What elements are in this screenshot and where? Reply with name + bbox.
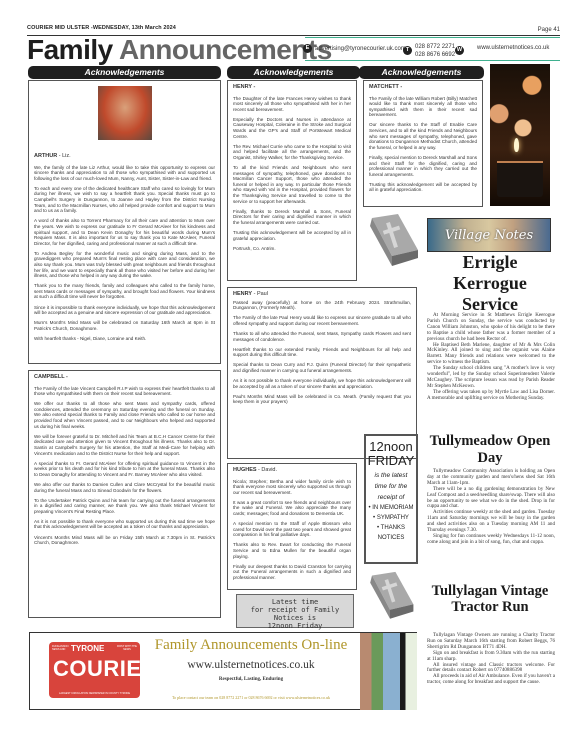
notice-paragraph: Portrush, Co. Antrim.: [233, 246, 351, 252]
notice-paragraph: Our sincere thanks to the Staff of Enabl…: [369, 122, 477, 150]
notice-paragraph: Finally our deepest thanks to David Cran…: [233, 564, 351, 581]
candle-flame: [514, 138, 519, 152]
deadline-notice: 12noon FRIDAY is the latest time for the…: [364, 434, 418, 564]
notice-henry-frances: HENRY - The Daughter of the late Frances…: [227, 80, 357, 281]
headline-tullylagan: Tullylagan Vintage Tractor Run: [424, 583, 556, 615]
notice-paragraph: A word of thanks also to Torrent Pharmac…: [34, 218, 215, 246]
notice-paragraph: A special mention to the Staff of Apple …: [233, 521, 351, 538]
notice-arthur: ARTHUR - Liz. We, the family of the late…: [28, 80, 221, 364]
title-announcements: Announcements: [119, 34, 332, 65]
notice-paragraph: A special thanks to Fr. Gerard McAleer f…: [34, 461, 215, 478]
notice-paragraph: It was a great comfort to see friends an…: [233, 500, 351, 517]
notice-paragraph: Vincent's Months Mind Mass will be on Fr…: [34, 535, 215, 546]
notice-paragraph: Passed away (peacefully) at home on the …: [233, 300, 411, 311]
notice-name: HENRY: [233, 84, 252, 90]
website-link[interactable]: www.ulsternetnotices.co.uk: [477, 45, 549, 51]
notice-paragraph: To all the kind Friends and Neighbours w…: [233, 165, 351, 204]
article-tullymeadow: Tullymeadow Community Association is hol…: [427, 469, 555, 546]
banner-contact: To place contact our team on 028 8772 22…: [142, 695, 360, 700]
notice-paragraph: As it is not possible to thank everyone …: [34, 519, 215, 530]
online-notices-banner-ad[interactable]: DUNGANNON NEWS AND TYRONE FIRST WITH THE…: [29, 632, 417, 710]
notice-paragraph: The Family of the late Paul Henry would …: [233, 315, 411, 326]
title-family: Family: [27, 34, 113, 65]
article-errigle: At Morning Service in St Matthews Errigl…: [427, 313, 555, 402]
notice-paragraph: We will be forever grateful to Dr. Mitch…: [34, 434, 215, 456]
notice-matchett: MATCHETT - The Family of the late Willia…: [363, 80, 483, 207]
notice-paragraph: Since it is impossible to thank everyone…: [34, 305, 215, 316]
notice-paragraph: The Family of the late William Robert (B…: [369, 96, 477, 118]
article-tullylagan: Tullylagan Vintage Owners are running a …: [427, 633, 555, 686]
notice-name: MATCHETT: [369, 84, 399, 90]
notice-name: CAMPBELL: [34, 374, 64, 380]
banner-photo-strip: [360, 633, 417, 710]
notice-paragraph: We, the family of the late Liz Arthur, w…: [34, 165, 215, 182]
section-header-acknowledgements-3: Acknowledgements: [359, 66, 484, 79]
notice-paragraph: Special thanks to Dean Curry and P.J. Qu…: [233, 362, 411, 373]
email-contact[interactable]: E advertising@tyronecourier.uk.com: [303, 44, 406, 53]
portrait-photo: [98, 86, 152, 140]
contact-rule-top: [305, 37, 560, 38]
headline-errigle: Errigle Kerrogue Service: [424, 252, 556, 315]
notice-name: HENRY: [233, 291, 252, 297]
banner-url[interactable]: www.ulsternetnotices.co.uk: [146, 659, 356, 671]
bible-icon: [363, 570, 417, 626]
notice-campbell: CAMPBELL - The Family of the late Vincen…: [28, 370, 221, 618]
notice-paragraph: With heartfelt thanks - Nigel, Diane, Lo…: [34, 336, 215, 342]
notice-paragraph: Finally, special mention to Dereck Marsh…: [369, 155, 477, 177]
latest-time-notice: Latest time for receipt of Family Notice…: [236, 594, 354, 628]
notice-paragraph: As it is not possible to thank everyone …: [233, 378, 411, 389]
candle-holder: [497, 161, 543, 198]
notice-paragraph: Finally, thanks to Dereck Marshall & Son…: [233, 209, 351, 226]
notice-paragraph: To the Undertaker Patrick Quinn and his …: [34, 498, 215, 515]
notice-name: HUGHES: [233, 467, 257, 473]
notice-paragraph: We offer our thanks to all those who sen…: [34, 401, 215, 429]
tyrone-courier-logo: DUNGANNON NEWS AND TYRONE FIRST WITH THE…: [49, 642, 140, 698]
contact-rule-bottom: [305, 60, 560, 61]
notice-paragraph: Heartfelt thanks to our extended Family,…: [233, 347, 411, 358]
notice-paragraph: The Rev. Michael Currie who came to the …: [233, 144, 351, 161]
candle-image: [490, 64, 550, 206]
notice-paragraph: Mum's Month's Mind Mass will be celebrat…: [34, 320, 215, 331]
headline-tullymeadow: Tullymeadow Open Day: [424, 433, 556, 467]
phone-number-2: 028 8676 6692: [415, 51, 455, 59]
section-header-acknowledgements-2: Acknowledgements: [227, 66, 360, 79]
notice-paragraph: Trusting this acknowledgement will be ac…: [233, 230, 351, 241]
notice-paragraph: We also offer our thanks to Damien Culle…: [34, 482, 215, 493]
notice-paragraph: Trusting this acknowledgement will be ac…: [369, 182, 477, 193]
banner-tagline: Respectful, Lasting, Enduring: [146, 677, 356, 682]
notice-paragraph: To Andrea Begley for the wonderful music…: [34, 251, 215, 279]
notice-paragraph: To each and every one of the dedicated h…: [34, 186, 215, 214]
banner-heading: Family Announcements On-line: [146, 637, 356, 654]
page-title: Family Announcements: [27, 34, 332, 66]
email-address[interactable]: advertising@tyronecourier.uk.com: [315, 46, 406, 52]
page-number: Page 41: [538, 27, 560, 33]
notice-paragraph: Thanks to all who attended the Funeral, …: [233, 331, 411, 342]
notice-paragraph: The Family of the late Vincent Campbell …: [34, 386, 215, 397]
notice-paragraph: Nicola; Stephen; Bertha and wider family…: [233, 479, 351, 496]
notice-paragraph: Especially the Doctors and Nurses in att…: [233, 117, 351, 139]
bible-icon: [362, 212, 422, 274]
notice-paragraph: The Daughter of the late Frances Henry w…: [233, 96, 351, 113]
phone-number-1: 028 8772 2271: [415, 43, 455, 51]
email-icon: E: [303, 44, 312, 53]
web-icon: W: [455, 46, 464, 55]
notice-paragraph: Paul's Months Mind Mass will be celebrat…: [233, 394, 411, 405]
notice-hughes: HUGHES - David. Nicola; Stephen; Bertha …: [227, 463, 357, 590]
notice-name: ARTHUR: [34, 153, 57, 159]
masthead: COURIER MID ULSTER -WEDNESDAY, 13th Marc…: [27, 25, 176, 31]
section-header-acknowledgements-1: Acknowledgements: [28, 66, 221, 79]
phone-icon: T: [403, 46, 412, 55]
notice-paragraph: Thanks also to Rev. Ewart for conducting…: [233, 542, 351, 559]
notice-paragraph: Thank you to the many friends, family an…: [34, 283, 215, 300]
village-notes-banner: Village Notes: [427, 218, 551, 252]
